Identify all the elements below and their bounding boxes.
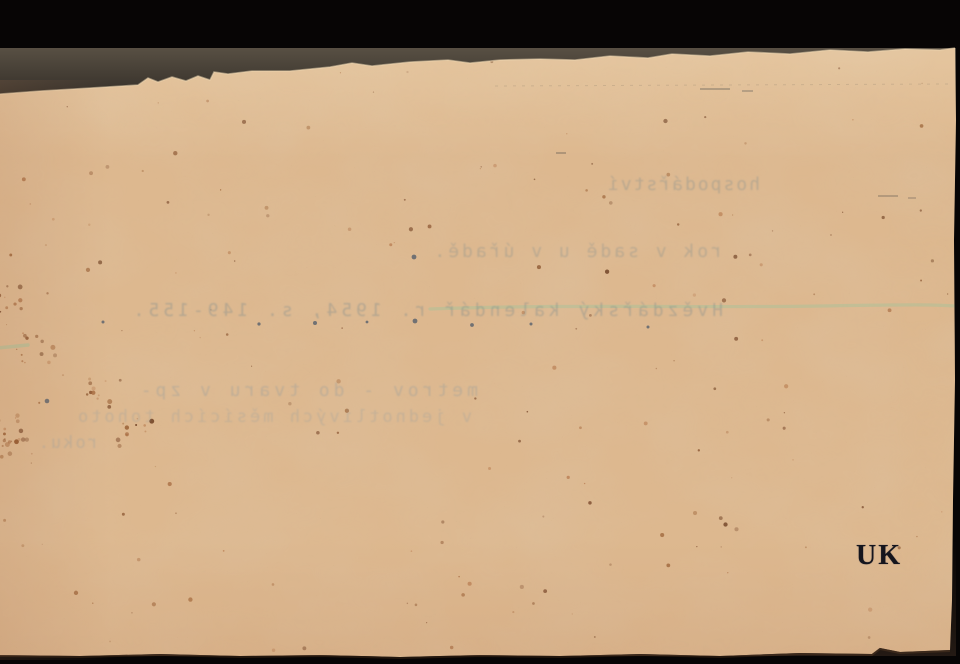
uk-stamp: UK (856, 540, 902, 572)
paper-sheet (0, 0, 960, 664)
scanned-document: hospodářství rok v sadě u v úřadě. Hvězd… (0, 0, 960, 664)
